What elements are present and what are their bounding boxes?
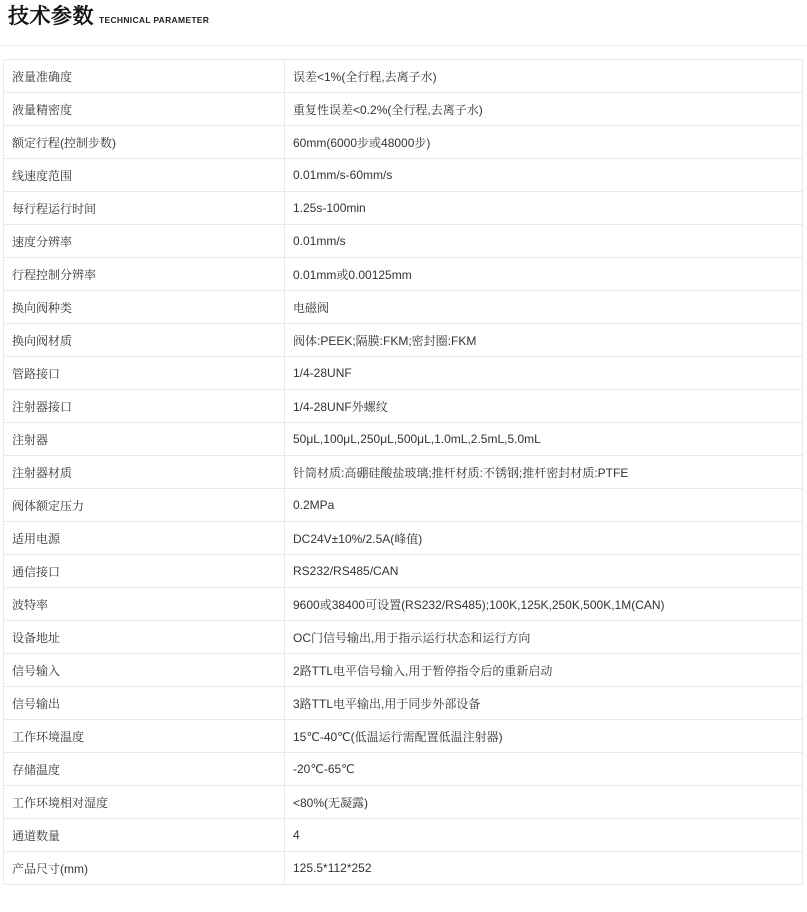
table-row: 注射器接口1/4-28UNF外螺纹 (4, 390, 803, 423)
param-value-cell: 0.2MPa (285, 489, 803, 522)
param-value-cell: 125.5*112*252 (285, 852, 803, 885)
param-value-cell: 0.01mm/s (285, 225, 803, 258)
param-name-cell: 适用电源 (4, 522, 285, 555)
param-name-cell: 行程控制分辨率 (4, 258, 285, 291)
param-name-cell: 换向阀材质 (4, 324, 285, 357)
param-name-cell: 通道数量 (4, 819, 285, 852)
param-value-cell: 3路TTL电平输出,用于同步外部设备 (285, 687, 803, 720)
param-name-cell: 额定行程(控制步数) (4, 126, 285, 159)
table-row: 液量精密度重复性误差<0.2%(全行程,去离子水) (4, 93, 803, 126)
table-row: 信号输入2路TTL电平信号输入,用于暂停指令后的重新启动 (4, 654, 803, 687)
param-name-cell: 产品尺寸(mm) (4, 852, 285, 885)
table-row: 工作环境温度15℃-40℃(低温运行需配置低温注射器) (4, 720, 803, 753)
table-row: 存储温度-20℃-65℃ (4, 753, 803, 786)
param-value-cell: 1.25s-100min (285, 192, 803, 225)
technical-parameter-table-body: 液量准确度误差<1%(全行程,去离子水)液量精密度重复性误差<0.2%(全行程,… (4, 60, 803, 885)
table-row: 设备地址OC门信号输出,用于指示运行状态和运行方向 (4, 621, 803, 654)
param-name-cell: 存储温度 (4, 753, 285, 786)
param-name-cell: 管路接口 (4, 357, 285, 390)
table-row: 阀体额定压力0.2MPa (4, 489, 803, 522)
param-value-cell: 0.01mm/s-60mm/s (285, 159, 803, 192)
table-row: 波特率9600或38400可设置(RS232/RS485);100K,125K,… (4, 588, 803, 621)
param-value-cell: <80%(无凝露) (285, 786, 803, 819)
param-value-cell: 误差<1%(全行程,去离子水) (285, 60, 803, 93)
table-row: 液量准确度误差<1%(全行程,去离子水) (4, 60, 803, 93)
table-row: 通道数量4 (4, 819, 803, 852)
table-row: 产品尺寸(mm)125.5*112*252 (4, 852, 803, 885)
table-row: 适用电源DC24V±10%/2.5A(峰值) (4, 522, 803, 555)
table-row: 注射器50μL,100μL,250μL,500μL,1.0mL,2.5mL,5.… (4, 423, 803, 456)
table-row: 行程控制分辨率0.01mm或0.00125mm (4, 258, 803, 291)
table-row: 通信接口RS232/RS485/CAN (4, 555, 803, 588)
param-value-cell: 针筒材质:高硼硅酸盐玻璃;推杆材质:不锈钢;推杆密封材质:PTFE (285, 456, 803, 489)
param-name-cell: 速度分辨率 (4, 225, 285, 258)
param-value-cell: DC24V±10%/2.5A(峰值) (285, 522, 803, 555)
param-value-cell: 2路TTL电平信号输入,用于暂停指令后的重新启动 (285, 654, 803, 687)
table-row: 换向阀种类电磁阀 (4, 291, 803, 324)
param-name-cell: 液量准确度 (4, 60, 285, 93)
page-subtitle: TECHNICAL PARAMETER (99, 15, 209, 25)
table-row: 线速度范围0.01mm/s-60mm/s (4, 159, 803, 192)
table-row: 管路接口1/4-28UNF (4, 357, 803, 390)
param-name-cell: 信号输入 (4, 654, 285, 687)
param-value-cell: 电磁阀 (285, 291, 803, 324)
header-divider (0, 45, 807, 46)
param-value-cell: 60mm(6000步或48000步) (285, 126, 803, 159)
table-row: 信号输出3路TTL电平输出,用于同步外部设备 (4, 687, 803, 720)
table-row: 每行程运行时间1.25s-100min (4, 192, 803, 225)
table-row: 速度分辨率0.01mm/s (4, 225, 803, 258)
table-row: 换向阀材质阀体:PEEK;隔膜:FKM;密封圈:FKM (4, 324, 803, 357)
param-name-cell: 阀体额定压力 (4, 489, 285, 522)
param-value-cell: 0.01mm或0.00125mm (285, 258, 803, 291)
param-value-cell: -20℃-65℃ (285, 753, 803, 786)
param-name-cell: 工作环境相对湿度 (4, 786, 285, 819)
technical-parameter-table: 液量准确度误差<1%(全行程,去离子水)液量精密度重复性误差<0.2%(全行程,… (3, 59, 803, 885)
param-value-cell: OC门信号输出,用于指示运行状态和运行方向 (285, 621, 803, 654)
param-name-cell: 换向阀种类 (4, 291, 285, 324)
param-name-cell: 通信接口 (4, 555, 285, 588)
section-header: 技术参数TECHNICAL PARAMETER (0, 0, 807, 31)
param-name-cell: 每行程运行时间 (4, 192, 285, 225)
param-name-cell: 注射器材质 (4, 456, 285, 489)
param-value-cell: 4 (285, 819, 803, 852)
param-value-cell: 阀体:PEEK;隔膜:FKM;密封圈:FKM (285, 324, 803, 357)
param-name-cell: 注射器接口 (4, 390, 285, 423)
param-value-cell: 9600或38400可设置(RS232/RS485);100K,125K,250… (285, 588, 803, 621)
param-name-cell: 注射器 (4, 423, 285, 456)
page-title: 技术参数 (8, 5, 94, 28)
param-value-cell: 1/4-28UNF (285, 357, 803, 390)
table-row: 工作环境相对湿度<80%(无凝露) (4, 786, 803, 819)
page: 技术参数TECHNICAL PARAMETER 液量准确度误差<1%(全行程,去… (0, 0, 807, 912)
table-row: 注射器材质针筒材质:高硼硅酸盐玻璃;推杆材质:不锈钢;推杆密封材质:PTFE (4, 456, 803, 489)
param-name-cell: 液量精密度 (4, 93, 285, 126)
param-value-cell: 重复性误差<0.2%(全行程,去离子水) (285, 93, 803, 126)
param-name-cell: 工作环境温度 (4, 720, 285, 753)
param-name-cell: 设备地址 (4, 621, 285, 654)
param-value-cell: 1/4-28UNF外螺纹 (285, 390, 803, 423)
param-value-cell: 15℃-40℃(低温运行需配置低温注射器) (285, 720, 803, 753)
param-value-cell: RS232/RS485/CAN (285, 555, 803, 588)
param-value-cell: 50μL,100μL,250μL,500μL,1.0mL,2.5mL,5.0mL (285, 423, 803, 456)
param-name-cell: 线速度范围 (4, 159, 285, 192)
param-name-cell: 波特率 (4, 588, 285, 621)
table-row: 额定行程(控制步数)60mm(6000步或48000步) (4, 126, 803, 159)
param-name-cell: 信号输出 (4, 687, 285, 720)
